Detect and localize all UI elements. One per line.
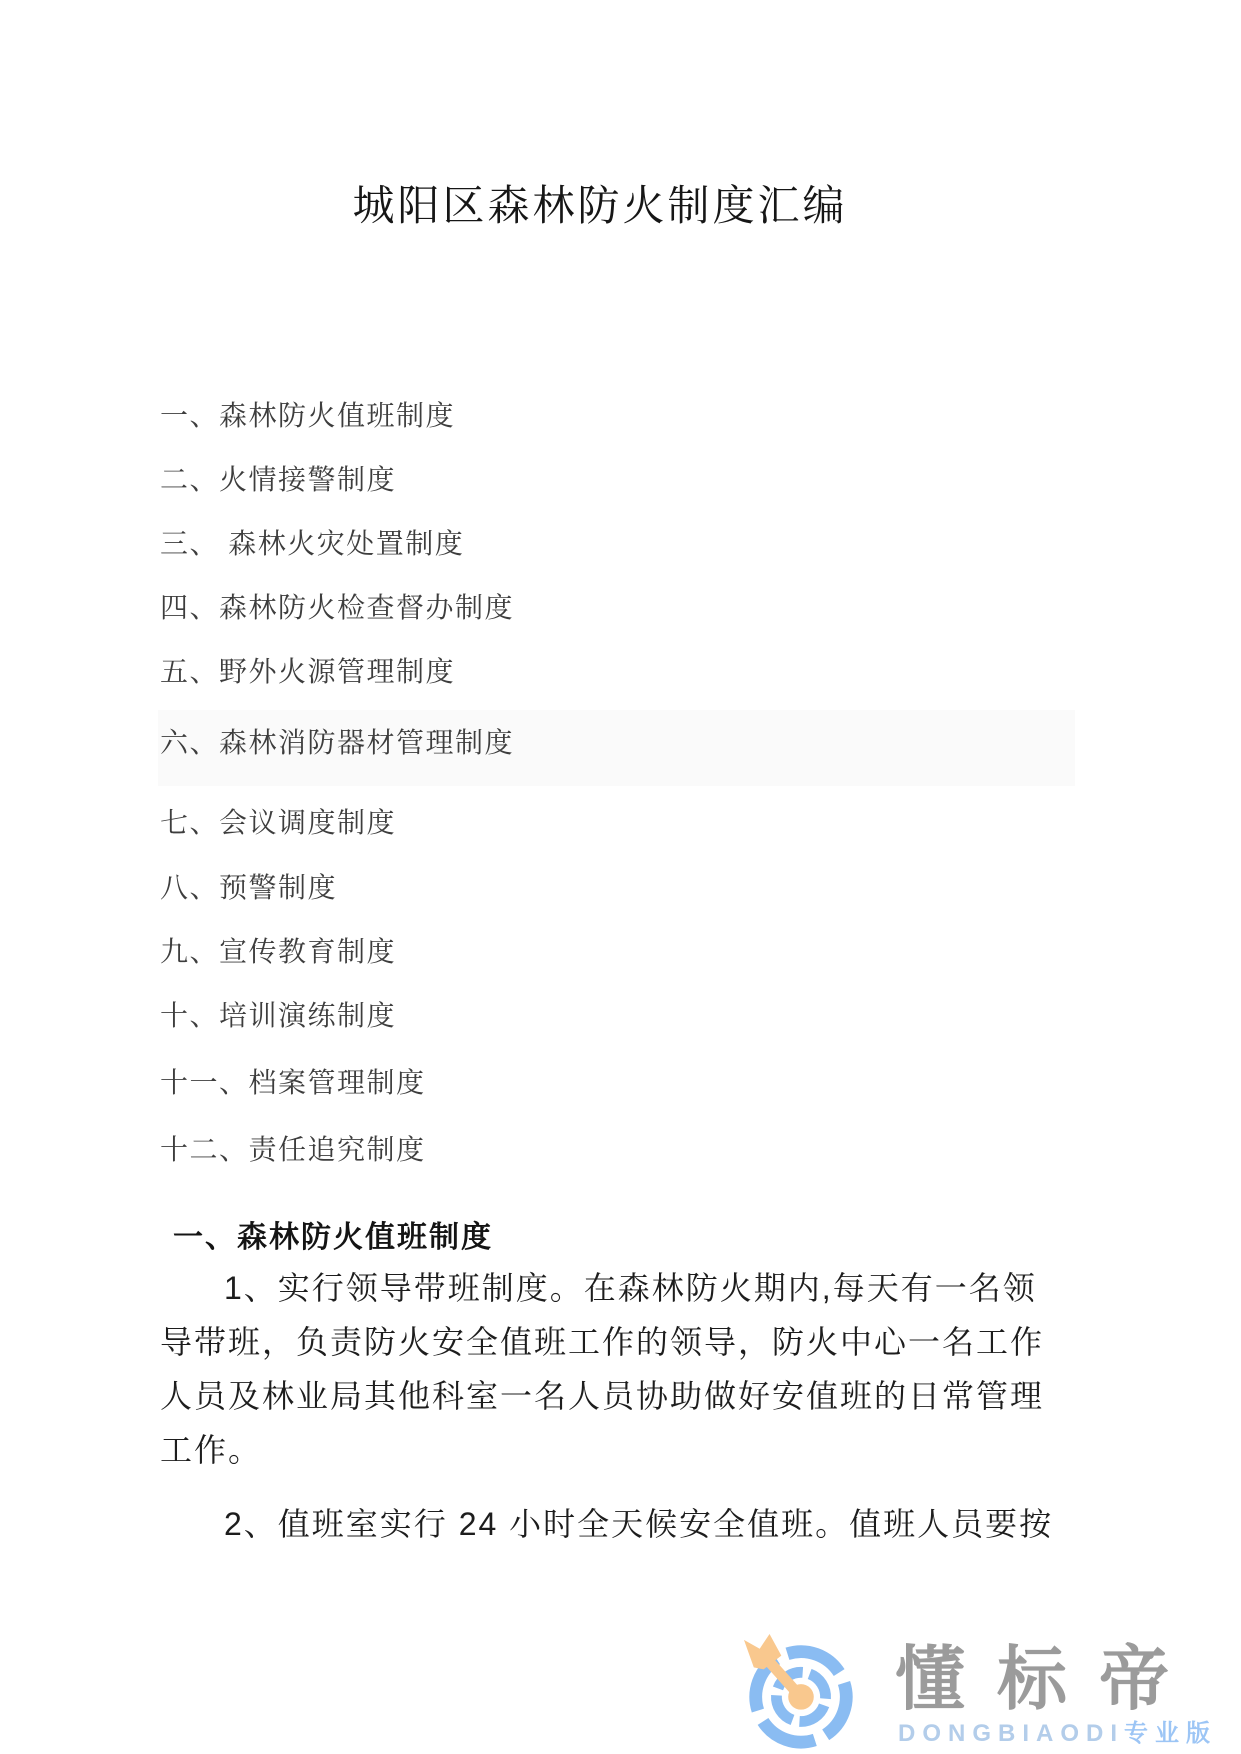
- toc-item-6-highlighted[interactable]: 六、森林消防器材管理制度: [160, 723, 514, 763]
- toc-item-9[interactable]: 九、宣传教育制度: [160, 932, 396, 972]
- toc-item-7[interactable]: 七、会议调度制度: [160, 803, 396, 843]
- document-page: 城阳区森林防火制度汇编 一、森林防火值班制度 二、火情接警制度 三、 森林火灾处…: [0, 0, 1241, 1754]
- watermark-brand-text: 懂标帝: [895, 1642, 1201, 1716]
- toc-item-8[interactable]: 八、预警制度: [160, 868, 337, 908]
- toc-item-5[interactable]: 五、野外火源管理制度: [160, 652, 455, 692]
- toc-item-2[interactable]: 二、火情接警制度: [160, 460, 396, 500]
- paragraph2-line1: 2、值班室实行 24 小时全天候安全值班。值班人员要按: [160, 1502, 1044, 1546]
- watermark-sub-latin: DONGBIAODI: [898, 1720, 1124, 1747]
- paragraph1-line4: 工作。: [160, 1428, 1044, 1472]
- toc-item-4[interactable]: 四、森林防火检查督办制度: [160, 588, 514, 628]
- watermark-sub-cn: 专业版: [1124, 1720, 1217, 1747]
- toc-item-11[interactable]: 十一、档案管理制度: [160, 1063, 426, 1103]
- toc-item-10[interactable]: 十、培训演练制度: [160, 996, 396, 1036]
- dartboard-dart-icon: [742, 1631, 860, 1754]
- document-title: 城阳区森林防火制度汇编: [160, 178, 1040, 234]
- toc-item-1[interactable]: 一、森林防火值班制度: [160, 396, 455, 436]
- watermark: 懂标帝 DONGBIAODI专业版: [742, 1628, 1241, 1754]
- toc-item-12[interactable]: 十二、责任追究制度: [160, 1130, 426, 1170]
- section-heading: 一、森林防火值班制度: [173, 1216, 493, 1260]
- watermark-sub-text: DONGBIAODI专业版: [898, 1720, 1217, 1748]
- paragraph1-line2: 导带班，负责防火安全值班工作的领导，防火中心一名工作: [160, 1320, 1044, 1364]
- toc-item-3[interactable]: 三、 森林火灾处置制度: [160, 524, 464, 564]
- paragraph1-line3: 人员及林业局其他科室一名人员协助做好安值班的日常管理: [160, 1374, 1044, 1418]
- paragraph1-line1: 1、实行领导带班制度。在森林防火期内,每天有一名领: [160, 1266, 1044, 1310]
